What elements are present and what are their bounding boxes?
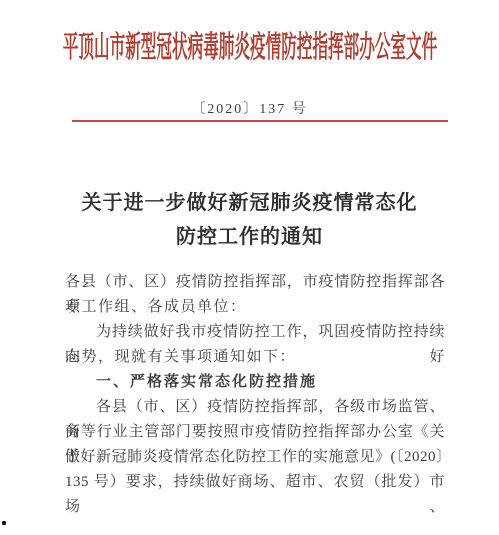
body-line: 各县（市、区）疫情防控指挥部，各级市场监管、商	[65, 395, 445, 420]
document-page: 平顶山市新型冠状病毒肺炎疫情防控指挥部办公室文件 〔2020〕137 号 关于进…	[0, 0, 499, 535]
letterhead-title: 平顶山市新型冠状病毒肺炎疫情防控指挥部办公室文件	[62, 22, 436, 66]
scan-artifact-speck	[2, 521, 6, 525]
document-number: 〔2020〕137 号	[0, 98, 499, 118]
body-line: 项工作组、各成员单位：	[65, 295, 445, 320]
section-heading: 一、严格落实常态化防控措施	[65, 370, 445, 395]
document-title-line-2: 防控工作的通知	[0, 220, 499, 254]
red-divider-line	[72, 120, 448, 122]
body-line: 务等行业主管部门要按照市疫情防控指挥部办公室《关于	[65, 420, 445, 445]
body-line: 做好新冠肺炎疫情常态化防控工作的实施意见》(〔2020〕	[65, 445, 445, 470]
document-title-line-1: 关于进一步做好新冠肺炎疫情常态化	[0, 186, 499, 220]
document-body: 各县（市、区）疫情防控指挥部，市疫情防控指挥部各专项工作组、各成员单位：为持续做…	[65, 270, 445, 495]
letterhead: 平顶山市新型冠状病毒肺炎疫情防控指挥部办公室文件	[0, 24, 499, 64]
body-line: 135 号）要求，持续做好商场、超市、农贸（批发）市场、	[65, 470, 445, 495]
body-line: 各县（市、区）疫情防控指挥部，市疫情防控指挥部各专	[65, 270, 445, 295]
body-line: 为持续做好我市疫情防控工作，巩固疫情防控持续向好	[65, 320, 445, 345]
document-title: 关于进一步做好新冠肺炎疫情常态化 防控工作的通知	[0, 186, 499, 254]
